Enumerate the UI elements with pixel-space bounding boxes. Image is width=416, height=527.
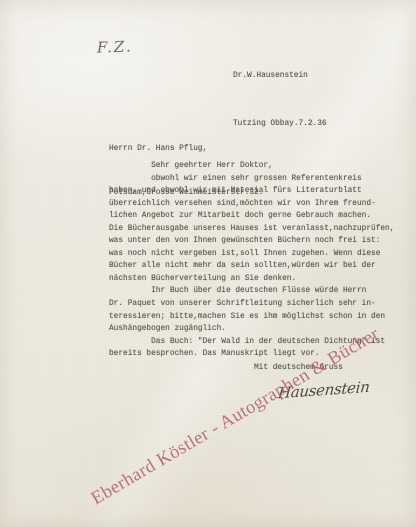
recipient-name: Herrn Dr. Hans Pflug, [109, 142, 263, 157]
sender-name: Dr.W.Hausenstein [233, 68, 327, 84]
letter-body: Sehr geehrter Herr Doktor, obwohl wir ei… [109, 160, 394, 361]
handwritten-annotation: F.Z. [97, 37, 133, 56]
letter-page: F.Z. Dr.W.Hausenstein Tutzing Obbay.7.2.… [0, 0, 416, 527]
